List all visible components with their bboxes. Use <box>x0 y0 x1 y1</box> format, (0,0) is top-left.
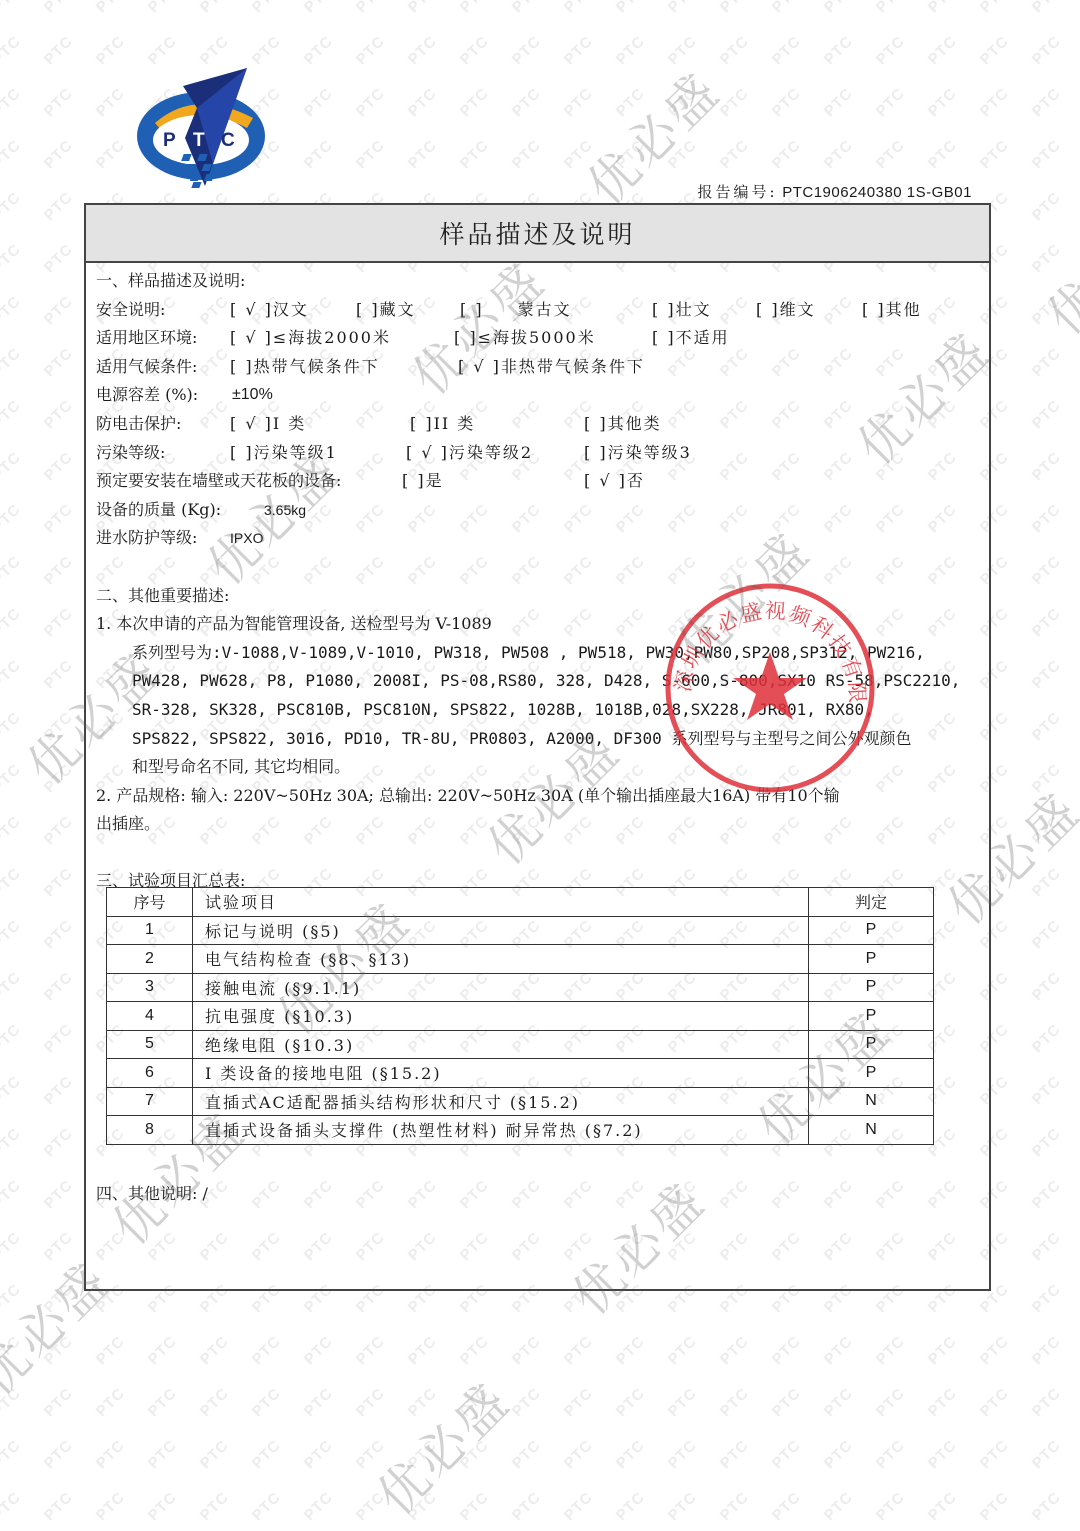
table-row: 8直插式设备插头支撑件 (热塑性材料) 耐异常热 (§7.2)N <box>107 1116 934 1145</box>
section2-heading: 二、其他重要描述: <box>96 582 979 611</box>
mass-value: 3.65kg <box>264 496 306 525</box>
cell-no: 2 <box>107 945 193 974</box>
ptc-logo: P T C <box>135 68 275 193</box>
section-sample-description: 一、样品描述及说明: 安全说明: [ √ ]汉文 [ ]藏文 [ ]蒙古文 [ … <box>86 263 989 896</box>
table-row: 5绝缘电阻 (§10.3)P <box>107 1030 934 1059</box>
svg-text:T: T <box>193 130 205 151</box>
cell-item: 直插式设备插头支撑件 (热塑性材料) 耐异常热 (§7.2) <box>193 1116 809 1145</box>
watermark-text: 优必盛 <box>1028 183 1080 348</box>
series-models-line: SPS822, SPS822, 3016, PD10, TR-8U, PR080… <box>96 725 979 754</box>
pollution-degree-row: 污染等级: [ ]污染等级1 [ √ ]污染等级2 [ ]污染等级3 <box>96 439 979 468</box>
option-zhuangwen[interactable]: [ ]壮文 <box>652 296 712 325</box>
option-altitude-na[interactable]: [ ]不适用 <box>652 324 730 353</box>
cell-no: 6 <box>107 1059 193 1088</box>
cell-result: N <box>809 1087 934 1116</box>
svg-text:C: C <box>221 130 235 151</box>
option-altitude-2000[interactable]: [ √ ]≤海拔2000米 <box>230 324 391 353</box>
option-class-1[interactable]: [ √ ]I 类 <box>230 410 306 439</box>
option-non-tropical[interactable]: [ √ ]非热带气候条件下 <box>458 353 645 382</box>
series-models-line: PW428, PW628, P8, P1080, 2008I, PS-08,RS… <box>96 667 979 696</box>
option-weiwen[interactable]: [ ]维文 <box>756 296 816 325</box>
series-models-line: SR-328, SK328, PSC810B, PSC810N, SPS822,… <box>96 696 979 725</box>
option-pollution-1[interactable]: [ ]污染等级1 <box>230 439 338 468</box>
option-class-2[interactable]: [ ]II 类 <box>410 410 475 439</box>
report-number: 报告编号: PTC1906240380 1S-GB01 <box>697 181 972 202</box>
cell-result: N <box>809 1116 934 1145</box>
document-frame: 样品描述及说明 一、样品描述及说明: 安全说明: [ √ ]汉文 [ ]藏文 [… <box>84 203 991 1291</box>
option-altitude-5000[interactable]: [ ]≤海拔5000米 <box>454 324 596 353</box>
page-title: 样品描述及说明 <box>86 205 989 263</box>
option-zangwen[interactable]: [ ]藏文 <box>356 296 416 325</box>
section2-item1-intro: 1. 本次申请的产品为智能管理设备, 送检型号为 V-1089 <box>96 610 979 639</box>
shock-protection-row: 防电击保护: [ √ ]I 类 [ ]II 类 [ ]其他类 <box>96 410 979 439</box>
cell-item: I 类设备的接地电阻 (§15.2) <box>193 1059 809 1088</box>
option-mount-no[interactable]: [ √ ]否 <box>584 467 645 496</box>
section4-value: / <box>203 1184 208 1203</box>
table-row: 3接触电流 (§9.1.1)P <box>107 973 934 1002</box>
table-row: 2电气结构检查 (§8、§13)P <box>107 945 934 974</box>
column-header-no: 序号 <box>107 888 193 917</box>
product-spec-line: 2. 产品规格: 输入: 220V~50Hz 30A; 总输出: 220V~50… <box>96 782 979 811</box>
cell-no: 7 <box>107 1087 193 1116</box>
section4: 四、其他说明: / <box>96 1181 208 1204</box>
cell-result: P <box>809 1059 934 1088</box>
table-row: 1标记与说明 (§5)P <box>107 916 934 945</box>
cell-item: 抗电强度 (§10.3) <box>193 1002 809 1031</box>
table-header-row: 序号 试验项目 判定 <box>107 888 934 917</box>
section4-heading: 四、其他说明: <box>96 1184 197 1203</box>
product-spec-line: 出插座。 <box>96 810 979 839</box>
option-other-language[interactable]: [ ]其他 <box>862 296 922 325</box>
series-models-line: 和型号命名不同, 其它均相同。 <box>96 753 979 782</box>
watermark-text: 优必盛 <box>358 1363 523 1528</box>
option-pollution-3[interactable]: [ ]污染等级3 <box>584 439 692 468</box>
option-mount-yes[interactable]: [ ]是 <box>402 467 444 496</box>
cell-item: 直插式AC适配器插头结构形状和尺寸 (§15.2) <box>193 1087 809 1116</box>
column-header-item: 试验项目 <box>193 888 809 917</box>
cell-result: P <box>809 945 934 974</box>
cell-no: 4 <box>107 1002 193 1031</box>
cell-no: 5 <box>107 1030 193 1059</box>
mass-row: 设备的质量 (Kg): 3.65kg <box>96 496 979 525</box>
cell-result: P <box>809 973 934 1002</box>
cell-item: 接触电流 (§9.1.1) <box>193 973 809 1002</box>
wall-ceiling-row: 预定要安装在墙壁或天花板的设备: [ ]是 [ √ ]否 <box>96 467 979 496</box>
option-class-other[interactable]: [ ]其他类 <box>584 410 662 439</box>
cell-result: P <box>809 1030 934 1059</box>
table-row: 4抗电强度 (§10.3)P <box>107 1002 934 1031</box>
series-models-line: 系列型号为:V-1088,V-1089,V-1010, PW318, PW508… <box>96 639 979 668</box>
table-row: 6I 类设备的接地电阻 (§15.2)P <box>107 1059 934 1088</box>
power-tolerance-row: 电源容差 (%): ±10% <box>96 381 979 410</box>
cell-no: 1 <box>107 916 193 945</box>
safety-instructions-row: 安全说明: [ √ ]汉文 [ ]藏文 [ ]蒙古文 [ ]壮文 [ ]维文 [… <box>96 296 979 325</box>
svg-text:P: P <box>163 130 176 151</box>
table-row: 7直插式AC适配器插头结构形状和尺寸 (§15.2)N <box>107 1087 934 1116</box>
cell-result: P <box>809 1002 934 1031</box>
option-pollution-2[interactable]: [ √ ]污染等级2 <box>406 439 533 468</box>
option-tropical[interactable]: [ ]热带气候条件下 <box>230 353 380 382</box>
report-number-value: PTC1906240380 1S-GB01 <box>782 184 972 201</box>
ip-rating-value: IPXO <box>230 524 263 553</box>
cell-no: 8 <box>107 1116 193 1145</box>
test-summary-table: 序号 试验项目 判定 1标记与说明 (§5)P2电气结构检查 (§8、§13)P… <box>106 887 934 1145</box>
option-menggu[interactable]: [ ]蒙古文 <box>460 296 572 325</box>
climate-row: 适用气候条件: [ ]热带气候条件下 [ √ ]非热带气候条件下 <box>96 353 979 382</box>
section1-heading: 一、样品描述及说明: <box>96 267 979 296</box>
ip-rating-row: 进水防护等级: IPXO <box>96 524 979 553</box>
cell-item: 电气结构检查 (§8、§13) <box>193 945 809 974</box>
power-tolerance-value: ±10% <box>232 381 273 410</box>
cell-result: P <box>809 916 934 945</box>
cell-item: 标记与说明 (§5) <box>193 916 809 945</box>
option-hanwen[interactable]: [ √ ]汉文 <box>230 296 309 325</box>
altitude-row: 适用地区环境: [ √ ]≤海拔2000米 [ ]≤海拔5000米 [ ]不适用 <box>96 324 979 353</box>
cell-item: 绝缘电阻 (§10.3) <box>193 1030 809 1059</box>
cell-no: 3 <box>107 973 193 1002</box>
column-header-result: 判定 <box>809 888 934 917</box>
